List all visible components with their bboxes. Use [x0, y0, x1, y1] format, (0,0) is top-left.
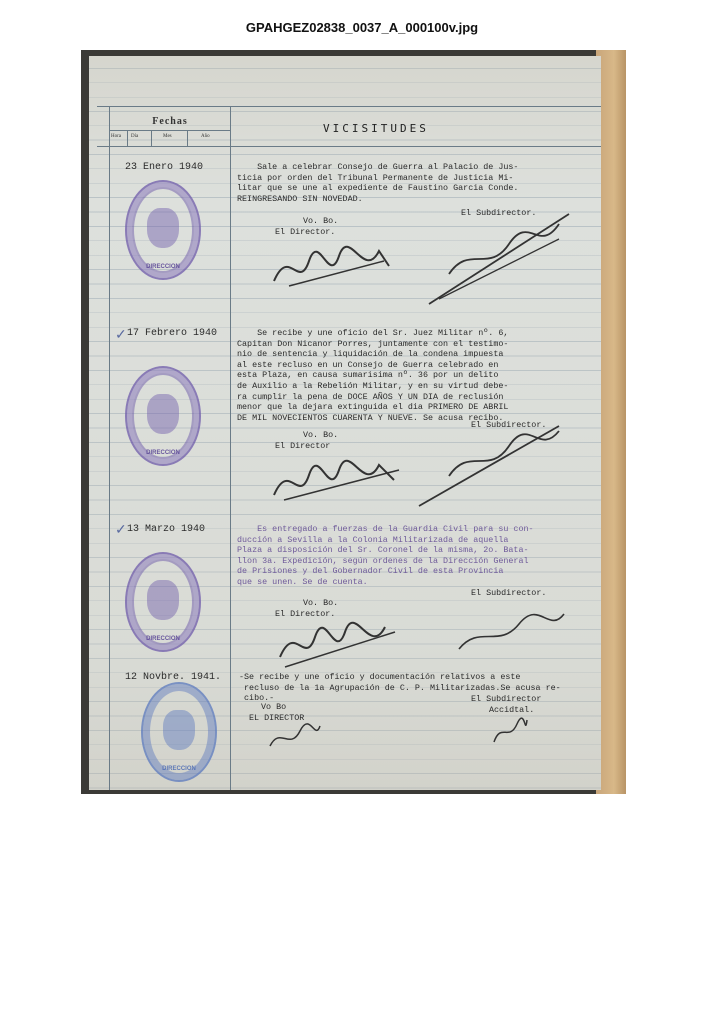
- entry-line: que se unen. Se de cuenta.: [237, 577, 592, 588]
- entry-line: ra cumplir la pena de DOCE AÑOS Y UN DIA…: [237, 392, 592, 403]
- director-signature: [269, 236, 399, 296]
- check-mark-icon: ✓: [115, 521, 127, 538]
- entry-2-text: Se recibe y une oficio del Sr. Juez Mili…: [237, 328, 592, 423]
- entry-3-date: 13 Marzo 1940: [127, 524, 205, 535]
- entry-1-text: Sale a celebrar Consejo de Guerra al Pal…: [237, 162, 592, 204]
- prison-stamp: DIRECCION: [125, 552, 201, 652]
- entry-line: nio de sentencia y liquidación de la con…: [237, 349, 592, 360]
- entry-3-subdirector: El Subdirector.: [471, 588, 546, 598]
- subheader-hora: Hora: [111, 134, 121, 139]
- entry-line: recluso de la 1a Agrupación de C. P. Mil…: [239, 683, 594, 694]
- entry-line: llon 3a. Expedición, según ordenes de la…: [237, 556, 592, 567]
- entry-line: de Auxilio a la Rebelión Militar, y en s…: [237, 381, 592, 392]
- prison-stamp: DIRECCION: [141, 682, 217, 782]
- sub-divider-2: [151, 130, 152, 146]
- subdirector-signature: [409, 416, 569, 516]
- entry-2-vobo: Vo. Bo.: [303, 430, 338, 440]
- entry-line: Plaza a disposición del Sr. Coronel de l…: [237, 545, 592, 556]
- header-vicisitudes: VICISITUDES: [323, 122, 429, 135]
- header-fechas: Fechas: [115, 116, 225, 127]
- entry-line: REINGRESANDO SIN NOVEDAD.: [237, 194, 592, 205]
- eagle-emblem-icon: [163, 710, 195, 750]
- check-mark-icon: ✓: [115, 326, 127, 343]
- subdirector-signature: [449, 604, 569, 664]
- eagle-emblem-icon: [147, 394, 179, 434]
- director-signature: [275, 612, 405, 672]
- entry-line: esta Plaza, en causa sumarisima nº. 36 p…: [237, 370, 592, 381]
- scanned-document: Fechas Hora Día Mes Año VICISITUDES 23 E…: [81, 50, 626, 794]
- entry-4-vobo: Vo Bo: [261, 702, 286, 712]
- entry-4-date: 12 Novbre. 1941.: [125, 672, 221, 683]
- director-initials: [265, 716, 325, 756]
- entry-line: menor que la dejara extinguida el dia PR…: [237, 402, 592, 413]
- entry-4-subdirector: El Subdirector: [471, 694, 541, 704]
- subheader-dia: Día: [131, 134, 138, 139]
- entry-1-date: 23 Enero 1940: [125, 162, 203, 173]
- director-signature: [269, 450, 409, 510]
- entry-line: de Prisiones y del Gobernador Civil de e…: [237, 566, 592, 577]
- frame-top-rule: [97, 106, 601, 107]
- entry-line: Sale a celebrar Consejo de Guerra al Pal…: [237, 162, 592, 173]
- entry-line: litar que se une al expediente de Fausti…: [237, 183, 592, 194]
- subheader-ano: Año: [201, 134, 210, 139]
- entry-1-vobo: Vo. Bo.: [303, 216, 338, 226]
- entry-line: ticia por orden del Tribunal Permanente …: [237, 173, 592, 184]
- record-sheet: Fechas Hora Día Mes Año VICISITUDES 23 E…: [89, 56, 601, 790]
- entry-2-date: 17 Febrero 1940: [127, 328, 217, 339]
- entry-3-text: Es entregado a fuerzas de la Guardia Civ…: [237, 524, 592, 588]
- prison-stamp: DIRECCION: [125, 366, 201, 466]
- eagle-emblem-icon: [147, 580, 179, 620]
- subheader-mes: Mes: [163, 134, 172, 139]
- column-divider: [230, 106, 231, 790]
- subdirector-initials: [489, 712, 529, 752]
- eagle-emblem-icon: [147, 208, 179, 248]
- entry-line: Capitan Don Nicanor Porres, juntamente c…: [237, 339, 592, 350]
- entry-3-vobo: Vo. Bo.: [303, 598, 338, 608]
- header-bottom-rule: [97, 146, 601, 147]
- sub-divider-1: [127, 130, 128, 146]
- prison-stamp: DIRECCION: [125, 180, 201, 280]
- entry-line: Es entregado a fuerzas de la Guardia Civ…: [237, 524, 592, 535]
- file-title: GPAHGEZ02838_0037_A_000100v.jpg: [0, 20, 724, 35]
- subdirector-signature: [419, 204, 579, 314]
- entry-line: -Se recibe y une oficio y documentación …: [239, 672, 594, 683]
- entry-line: Se recibe y une oficio del Sr. Juez Mili…: [237, 328, 592, 339]
- sub-divider-3: [187, 130, 188, 146]
- frame-left-rule: [109, 106, 110, 790]
- entry-line: ducción a Sevilla a la Colonia Militariz…: [237, 535, 592, 546]
- entry-line: al este recluso en un Consejo de Guerra …: [237, 360, 592, 371]
